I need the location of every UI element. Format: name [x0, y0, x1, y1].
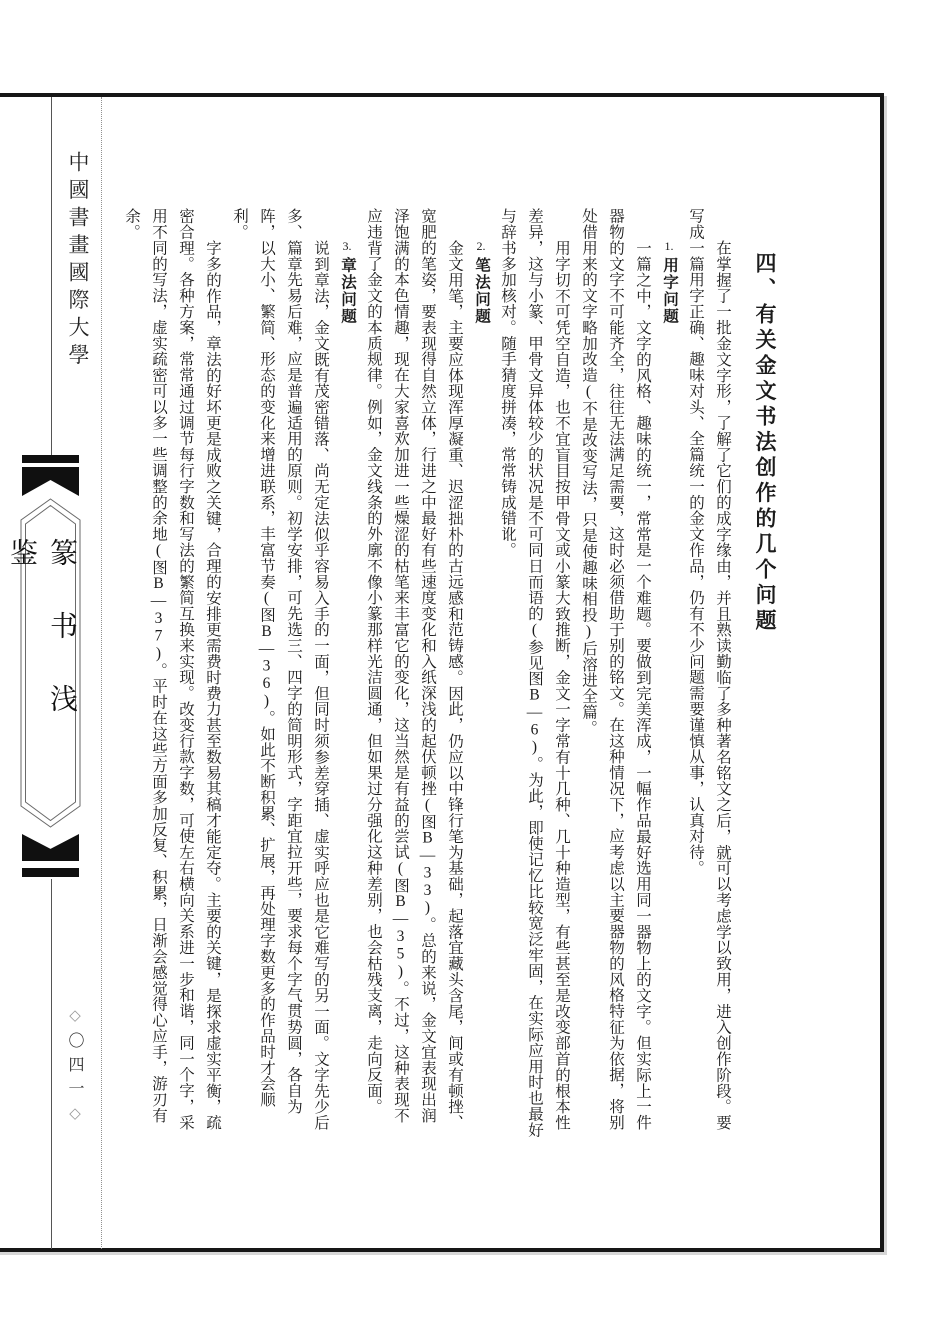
- book-title: 篆书浅鉴: [20, 498, 81, 828]
- section-heading-label: 笔法问题: [473, 257, 490, 325]
- page-number: ◇〇四一◇: [63, 1006, 86, 1130]
- banner-top-bar-icon: [22, 455, 79, 463]
- university-name: 中國書畫國際大學: [63, 151, 93, 371]
- diamond-ornament-icon: ◇: [66, 1104, 82, 1130]
- section-heading-3: 3.章法问题: [335, 208, 359, 1138]
- chapter-title: 四、有关金文书法创作的几个问题: [750, 208, 780, 1138]
- intro-paragraph: 在掌握了一批金文字形，了解了它们的成字缘由，并且熟读勤临了多种著名铭文之后，就可…: [682, 208, 736, 1138]
- section-number: 2.: [474, 240, 488, 252]
- banner-top-ribbon-icon: [22, 467, 79, 496]
- section-number: 1.: [662, 240, 676, 252]
- sidebar-divider-dotted-line: [101, 97, 102, 1249]
- section-1-paragraph: 一篇之中，文字的风格、趣味的统一，常常是一个难题。要做到完美浑成，一幅作品最好选…: [575, 208, 656, 1138]
- section-2-paragraph: 金文用笔，主要应体现浑厚凝重、迟涩拙朴的古远感和范铸感。因此，仍应以中锋行笔为基…: [360, 208, 468, 1138]
- page-number-value: 〇四一: [66, 1032, 83, 1104]
- diamond-ornament-icon: ◇: [66, 1006, 82, 1032]
- section-heading-2: 2.笔法问题: [469, 208, 493, 1138]
- book-title-cartouche: 篆书浅鉴: [20, 498, 81, 828]
- section-heading-1: 1.用字问题: [657, 208, 681, 1138]
- section-number: 3.: [340, 240, 354, 252]
- section-heading-label: 章法问题: [339, 257, 356, 325]
- section-3-paragraph: 字多的作品，章法的好坏更是成败之关键，合理的安排更需费时费力甚至数易其稿才能定夺…: [118, 208, 226, 1138]
- banner-bottom-bar-icon: [22, 868, 79, 877]
- main-text-area: 四、有关金文书法创作的几个问题 在掌握了一批金文字形，了解了它们的成字缘由，并且…: [118, 208, 780, 1138]
- section-3-paragraph: 说到章法，金文既有茂密错落、尚无定法似乎容易入手的一面，但同时须参差穿插、虚实呼…: [226, 208, 334, 1138]
- section-heading-label: 用字问题: [661, 257, 678, 325]
- section-1-paragraph: 用字切不可凭空自造，也不宜盲目按甲骨文或小篆大致推断，金文一字常有十几种、几十种…: [494, 208, 575, 1138]
- banner-bottom-ribbon-icon: [22, 834, 79, 861]
- book-title-banner: 篆书浅鉴: [20, 455, 81, 879]
